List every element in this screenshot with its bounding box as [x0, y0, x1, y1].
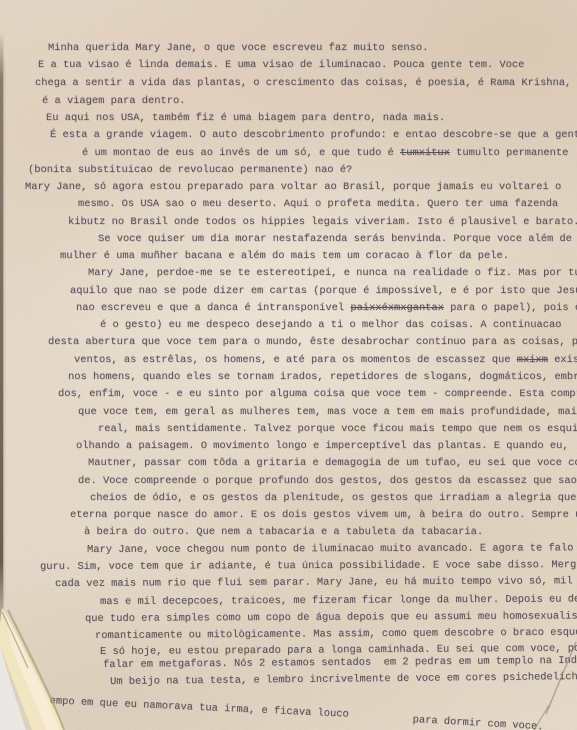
- letter-scan-page: Minha querida Mary Jane, o que voce escr…: [0, 0, 577, 730]
- letter-text: Mautner, passar com tôda a gritaria e de…: [88, 457, 577, 469]
- letter-line-2: E a tua visao é linda demais. E uma visa…: [38, 59, 524, 71]
- letter-line-18: desta abertura que voce tem para o mundo…: [48, 336, 577, 348]
- letter-line-26: de. Voce compreende o porque profundo do…: [78, 475, 577, 487]
- letter-text: nao escreveu e que a danca é intransponí…: [76, 302, 350, 314]
- letter-line-7: é um montao de eus ao invés de um só, e …: [82, 147, 568, 159]
- letter-text: que tudo era simples como um copo de águ…: [85, 610, 577, 625]
- letter-text: ventos, as estrêlas, os homens, e até pa…: [74, 354, 517, 366]
- letter-text: Mary Jane, perdoe-me se te estereotipei,…: [88, 267, 577, 279]
- letter-text: nos homens, quando eles se tornam irados…: [68, 371, 577, 383]
- letter-text: mulher é uma muñher bacana e além do mai…: [60, 250, 509, 262]
- letter-text: cada vez mais num rio que flui sem parar…: [55, 575, 577, 590]
- letter-text: mesmo. Os USA sao o meu deserto. Aqui o …: [78, 198, 558, 210]
- letter-text: para o papel), pois ela: [444, 302, 577, 314]
- letter-text: existem: [548, 354, 577, 366]
- letter-line-9: Mary Jane, só agora estou preparado para…: [25, 181, 561, 193]
- letter-line-20: nos homens, quando eles se tornam irados…: [68, 371, 577, 383]
- letter-text: É esta a grande viagem. O auto descobrim…: [50, 129, 577, 141]
- letter-line-5: Eu aqui nos USA, também fiz é uma biagem…: [46, 112, 445, 124]
- letter-text: Um beijo na tua testa, e lembro incrivel…: [110, 671, 577, 688]
- letter-text: para dormir com voce.: [412, 714, 543, 730]
- letter-text: Eu aqui nos USA, também fiz é uma biagem…: [46, 112, 445, 124]
- letter-text: cheios de ódio, e os gestos da plenitude…: [90, 492, 577, 504]
- letter-line-32: cada vez mais num rio que flui sem parar…: [55, 575, 577, 590]
- letter-line-17: é o gesto) eu me despeco desejando a ti …: [100, 319, 561, 331]
- letter-text: é um montao de eus ao invés de um só, e …: [82, 147, 400, 159]
- letter-line-10: mesmo. Os USA sao o meu deserto. Aqui o …: [78, 198, 558, 210]
- letter-line-19: ventos, as estrêlas, os homens, e até pa…: [74, 354, 577, 366]
- letter-line-39: no tempo em que eu namorava tua irma, e …: [24, 694, 348, 721]
- letter-text: à beira do outro. Que nem a tabacaria e …: [84, 526, 483, 538]
- letter-text: dos, enfim, voce - e eu sinto por alguma…: [58, 388, 577, 400]
- letter-text: olhando a paisagem. O movimento longo e …: [76, 440, 569, 452]
- letter-line-25: Mautner, passar com tôda a gritaria e de…: [88, 457, 577, 469]
- letter-line-29: à beira do outro. Que nem a tabacaria e …: [84, 526, 483, 538]
- letter-text: que voce tem, em geral as mulheres tem, …: [78, 406, 577, 418]
- letter-text: Se voce quiser um dia morar nestafazenda…: [98, 233, 572, 245]
- letter-line-1: Minha querida Mary Jane, o que voce escr…: [48, 42, 428, 54]
- letter-line-33: mas e mil decepcoes, traicoes, me fizera…: [100, 593, 577, 608]
- letter-text: é a viagem para dentro.: [42, 95, 185, 107]
- letter-line-12: Se voce quiser um dia morar nestafazenda…: [98, 233, 572, 245]
- letter-line-11: kibutz no Brasil onde todos os hippies l…: [68, 216, 577, 228]
- letter-text: Mary Jane, só agora estou preparado para…: [25, 181, 561, 193]
- letter-line-13: mulher é uma muñher bacana e além do mai…: [60, 250, 509, 262]
- letter-text: tumulto permanente: [450, 147, 568, 159]
- letter-line-14: Mary Jane, perdoe-me se te estereotipei,…: [88, 267, 577, 279]
- letter-line-28: eterna porque nasce do amor. E os dois g…: [70, 509, 577, 521]
- letter-text: (bonita substituicao de revolucao perman…: [28, 164, 352, 176]
- letter-line-40: para dormir com voce.: [412, 714, 543, 730]
- letter-text: de. Voce compreende o porque profundo do…: [78, 475, 577, 487]
- letter-line-31: guru. Sim, voce tem que ir adiante, é tu…: [40, 559, 577, 573]
- letter-line-6: É esta a grande viagem. O auto descobrim…: [50, 129, 577, 141]
- letter-line-35: romanticamente ou mitològicamente. Mas a…: [95, 626, 577, 642]
- letter-text: aquilo que nao se pode dizer em cartas (…: [70, 285, 577, 297]
- letter-text: romanticamente ou mitològicamente. Mas a…: [95, 626, 577, 642]
- letter-line-27: cheios de ódio, e os gestos da plenitude…: [90, 492, 577, 504]
- letter-line-3: chega a sentir a vida das plantas, o cre…: [35, 77, 571, 89]
- letter-line-15: aquilo que nao se pode dizer em cartas (…: [70, 285, 577, 297]
- struck-word: mxixm: [517, 354, 548, 366]
- letter-text: chega a sentir a vida das plantas, o cre…: [35, 77, 571, 89]
- letter-text: E a tua visao é linda demais. E uma visa…: [38, 59, 524, 71]
- letter-text: no tempo em que eu namorava tua irma, e …: [24, 694, 348, 721]
- letter-text: guru. Sim, voce tem que ir adiante, é tu…: [40, 559, 577, 573]
- letter-line-23: real, mais sentidamente. Talvez porque v…: [98, 423, 577, 435]
- letter-line-16: nao escreveu e que a danca é intransponí…: [76, 302, 577, 314]
- struck-word: tumxitux: [400, 147, 450, 159]
- letter-text: mas e mil decepcoes, traicoes, me fizera…: [100, 593, 577, 608]
- letter-line-30: Mary Jane, voce chegou num ponto de ilum…: [87, 542, 577, 556]
- letter-line-8: (bonita substituicao de revolucao perman…: [28, 164, 352, 176]
- letter-text: kibutz no Brasil onde todos os hippies l…: [68, 216, 577, 228]
- letter-text: Minha querida Mary Jane, o que voce escr…: [48, 42, 428, 54]
- letter-line-22: que voce tem, em geral as mulheres tem, …: [78, 406, 577, 418]
- letter-text: Mary Jane, voce chegou num ponto de ilum…: [87, 542, 577, 556]
- letter-text: é o gesto) eu me despeco desejando a ti …: [100, 319, 561, 331]
- letter-text: eterna porque nasce do amor. E os dois g…: [70, 509, 577, 521]
- letter-line-34: que tudo era simples como um copo de águ…: [85, 610, 577, 625]
- letter-body: Minha querida Mary Jane, o que voce escr…: [0, 0, 577, 730]
- letter-line-21: dos, enfim, voce - e eu sinto por alguma…: [58, 388, 577, 400]
- letter-line-24: olhando a paisagem. O movimento longo e …: [76, 440, 569, 452]
- letter-text: desta abertura que voce tem para o mundo…: [48, 336, 577, 348]
- letter-line-38: Um beijo na tua testa, e lembro incrivel…: [110, 671, 577, 688]
- letter-text: real, mais sentidamente. Talvez porque v…: [98, 423, 577, 435]
- struck-word: paixxéxmxgantax: [350, 302, 444, 314]
- letter-line-4: é a viagem para dentro.: [42, 95, 185, 107]
